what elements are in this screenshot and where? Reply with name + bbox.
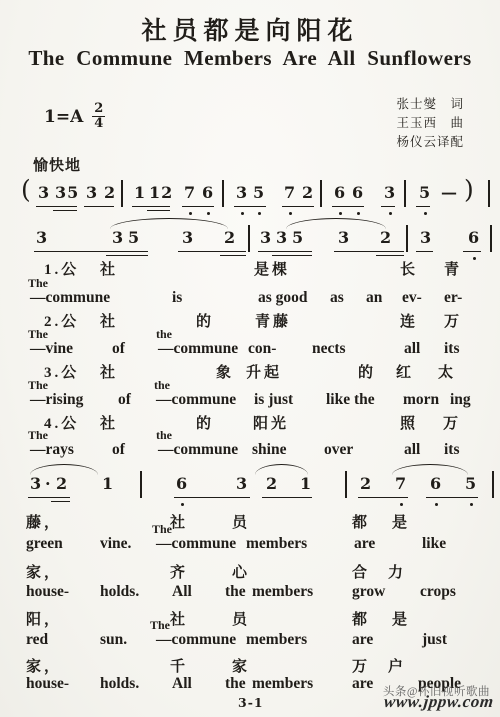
- lyric-syllable: the: [225, 583, 246, 601]
- lyric-row: 藤，社员都是: [0, 511, 500, 535]
- lyric-syllable: its: [444, 340, 460, 358]
- lyric-syllable: 社: [100, 412, 118, 433]
- lyric-syllable: 万: [444, 310, 462, 331]
- barline: [140, 471, 142, 498]
- lyric-syllable: grow: [352, 583, 385, 601]
- lyric-row: house-holds.Allthemembersgrowcrops: [0, 583, 500, 607]
- lyric-syllable: holds.: [100, 583, 139, 601]
- barline: [404, 180, 406, 207]
- watermark-url-text: www.jppw.com: [383, 692, 495, 712]
- lyric-syllable: 是: [392, 511, 410, 532]
- low-octave-dot: [389, 212, 392, 215]
- lyric-row: 3.公社象升起的红太: [0, 361, 500, 385]
- time-signature-denominator: 4: [94, 117, 103, 131]
- lyric-syllable: —commune: [30, 289, 110, 307]
- note: 2: [56, 476, 68, 492]
- low-octave-dot: [435, 503, 438, 506]
- lyric-syllable: 长: [400, 258, 418, 279]
- lyric-syllable: members: [252, 583, 313, 601]
- page-title-english: The Commune Members Are All Sunflowers: [0, 46, 500, 71]
- lyric-row: 1.公社是棵长青: [0, 258, 500, 282]
- key-signature: 1=A: [44, 107, 83, 127]
- beam-line: [376, 251, 404, 256]
- lyric-syllable: of: [118, 391, 131, 409]
- lyric-syllable: members: [246, 631, 307, 649]
- lyric-syllable: 都: [352, 511, 370, 532]
- lyric-syllable: —commune: [158, 441, 238, 459]
- lyric-syllable: 红: [396, 361, 414, 382]
- watermark: 头条@怀旧视听歌曲 www.jppw.com: [338, 682, 498, 714]
- lyric-syllable: 社: [100, 310, 118, 331]
- note: 6: [468, 230, 480, 246]
- lyric-syllable: 户: [388, 655, 406, 676]
- lyric-syllable: 1.公: [44, 258, 79, 279]
- note: (: [21, 177, 31, 202]
- lyric-syllable: 千: [170, 655, 188, 676]
- low-octave-dot: [207, 212, 210, 215]
- note: 7: [395, 476, 407, 492]
- key-and-time-signature: 1=A 2 4: [44, 102, 105, 132]
- beam-line: [147, 206, 170, 211]
- lyric-syllable: as good: [258, 289, 308, 307]
- lyric-syllable: All: [172, 675, 192, 693]
- note: 2: [360, 476, 372, 492]
- beam-line: [358, 497, 408, 498]
- lyric-syllable: shine: [252, 441, 286, 459]
- beam-line: [234, 206, 266, 207]
- lyric-syllable: 家，: [26, 561, 62, 582]
- lyric-row: greenvine.The—communemembersarelike: [0, 535, 500, 559]
- lyric-syllable: 是棵: [254, 258, 290, 279]
- beam-line: [262, 497, 312, 498]
- note: 1: [134, 185, 146, 201]
- beam-line: [51, 497, 70, 502]
- note: 3: [236, 185, 248, 201]
- lyric-syllable: 阳，: [26, 608, 62, 629]
- page-title-chinese: 社员都是向阳花: [0, 11, 500, 47]
- time-signature-numerator: 2: [92, 102, 105, 117]
- lyric-syllable: 社: [170, 608, 188, 629]
- lyric-syllable: —vine: [30, 340, 73, 358]
- beam-line: [106, 251, 148, 256]
- lyric-syllable: crops: [420, 583, 456, 601]
- beam-line: [463, 251, 481, 252]
- beam-line: [381, 206, 395, 207]
- low-octave-dot: [424, 212, 427, 215]
- note: 2: [302, 185, 314, 201]
- lyric-syllable: —commune: [158, 340, 238, 358]
- note: 7: [284, 185, 296, 201]
- note: ): [464, 177, 474, 202]
- lyric-syllable: er-: [444, 289, 462, 307]
- beam-line: [332, 206, 364, 207]
- note: 2: [104, 185, 116, 201]
- barline: [488, 180, 490, 207]
- lyric-syllable: —commune: [156, 391, 236, 409]
- note: 7: [184, 185, 196, 201]
- note: 5: [419, 185, 431, 201]
- note: 5: [253, 185, 265, 201]
- lyric-syllable: con-: [248, 340, 276, 358]
- note: 35: [55, 185, 79, 201]
- beam-line: [220, 251, 246, 256]
- lyric-syllable: 青: [444, 258, 462, 279]
- lyric-syllable: All: [172, 583, 192, 601]
- credit-line: 王玉西 曲: [396, 114, 464, 133]
- barline: [406, 225, 408, 252]
- low-octave-dot: [470, 503, 473, 506]
- barline: [490, 225, 492, 252]
- note: 2: [380, 230, 392, 246]
- low-octave-dot: [241, 212, 244, 215]
- credit-line: 张士燮 词: [396, 95, 464, 114]
- low-octave-dot: [339, 212, 342, 215]
- lyric-syllable: 升起: [246, 361, 282, 382]
- lyric-syllable: of: [112, 441, 125, 459]
- lyric-syllable: is just: [254, 391, 293, 409]
- barline: [121, 180, 123, 207]
- lyric-syllable: house-: [26, 583, 69, 601]
- lyric-syllable: all: [404, 441, 420, 459]
- note: 3: [276, 230, 288, 246]
- lyric-syllable: like: [422, 535, 446, 553]
- lyric-syllable: —rays: [30, 441, 74, 459]
- lyric-syllable: vine.: [100, 535, 131, 553]
- music-system-3: 3·2163212765: [0, 464, 500, 516]
- lyric-syllable: 3.公: [44, 361, 79, 382]
- tempo-marking: 愉快地: [33, 154, 81, 175]
- lyric-row: The—raysofthe—communeshineoverallits: [0, 441, 500, 465]
- note: 3: [86, 185, 98, 201]
- low-octave-dot: [181, 503, 184, 506]
- lyric-syllable: nects: [312, 340, 346, 358]
- lyric-row: 阳，社员都是: [0, 608, 500, 632]
- beam-line: [272, 251, 312, 256]
- page-number: 3-1: [238, 695, 264, 710]
- lyric-syllable: 社: [170, 511, 188, 532]
- note: 3: [38, 185, 50, 201]
- beam-line: [53, 206, 77, 211]
- note: 3: [420, 230, 432, 246]
- lyric-syllable: are: [352, 631, 373, 649]
- lyric-syllable: 力: [388, 561, 406, 582]
- lyric-syllable: 员: [232, 511, 250, 532]
- barline: [320, 180, 322, 207]
- note: 3: [384, 185, 396, 201]
- lyric-syllable: 齐: [170, 561, 188, 582]
- lyric-syllable: are: [354, 535, 375, 553]
- lyric-syllable: members: [246, 535, 307, 553]
- lyric-syllable: —commune: [156, 631, 236, 649]
- lyric-syllable: house-: [26, 675, 69, 693]
- low-octave-dot: [258, 212, 261, 215]
- lyric-syllable: 合: [352, 561, 370, 582]
- score-page: 社员都是向阳花 The Commune Members Are All Sunf…: [0, 0, 500, 717]
- lyric-syllable: over: [324, 441, 353, 459]
- note: 6: [352, 185, 364, 201]
- note: 6: [202, 185, 214, 201]
- lyric-syllable: ev-: [402, 289, 422, 307]
- note: 2: [224, 230, 236, 246]
- beam-line: [282, 206, 314, 207]
- note: 3: [36, 230, 48, 246]
- lyric-syllable: ing: [450, 391, 471, 409]
- beam-line: [84, 206, 114, 207]
- note: 2: [266, 476, 278, 492]
- lyric-syllable: 社: [100, 361, 118, 382]
- note: ·: [45, 476, 52, 492]
- lyric-row: 4.公社的阳光照万: [0, 412, 500, 436]
- lyric-row: redsun.The—communemembersarejust: [0, 631, 500, 655]
- lyric-syllable: as: [330, 289, 344, 307]
- barline: [248, 225, 250, 252]
- note: 3: [260, 230, 272, 246]
- note: 1: [102, 476, 114, 492]
- lyric-syllable: morn: [403, 391, 439, 409]
- lyric-syllable: 的: [196, 310, 214, 331]
- note: 3: [182, 230, 194, 246]
- low-octave-dot: [189, 212, 192, 215]
- note: 5: [292, 230, 304, 246]
- lyric-syllable: red: [26, 631, 48, 649]
- lyric-syllable: of: [112, 340, 125, 358]
- lyric-syllable: like the: [326, 391, 375, 409]
- lyric-syllable: the: [225, 675, 246, 693]
- note: —: [441, 185, 458, 201]
- lyric-syllable: 是: [392, 608, 410, 629]
- lyric-row: 家，齐心合力: [0, 561, 500, 585]
- note: 5: [128, 230, 140, 246]
- lyric-syllable: green: [26, 535, 63, 553]
- lyric-syllable: 家，: [26, 655, 62, 676]
- lyric-syllable: an: [366, 289, 382, 307]
- credits-block: 张士燮 词王玉西 曲杨仪云译配: [396, 95, 464, 151]
- lyric-syllable: sun.: [100, 631, 127, 649]
- lyric-syllable: is: [172, 289, 182, 307]
- lyric-syllable: 万: [443, 412, 461, 433]
- note: 3: [112, 230, 124, 246]
- beam-line: [416, 206, 430, 207]
- lyric-syllable: 家: [232, 655, 250, 676]
- lyric-syllable: its: [444, 441, 460, 459]
- note: 5: [465, 476, 477, 492]
- note: 1: [300, 476, 312, 492]
- lyric-syllable: 连: [400, 310, 418, 331]
- barline: [222, 180, 224, 207]
- low-octave-dot: [289, 212, 292, 215]
- lyric-syllable: holds.: [100, 675, 139, 693]
- lyric-syllable: 社: [100, 258, 118, 279]
- lyric-row: 2.公社的青藤连万: [0, 310, 500, 334]
- time-signature: 2 4: [92, 102, 105, 132]
- lyric-syllable: —rising: [30, 391, 83, 409]
- note: 3: [338, 230, 350, 246]
- beam-line: [182, 206, 214, 207]
- note: 6: [334, 185, 346, 201]
- note: 12: [149, 185, 173, 201]
- low-octave-dot: [357, 212, 360, 215]
- lyric-syllable: members: [252, 675, 313, 693]
- lyric-syllable: 的: [196, 412, 214, 433]
- lyric-syllable: 藤，: [26, 511, 62, 532]
- lyric-syllable: 的: [358, 361, 376, 382]
- note: 3: [236, 476, 248, 492]
- lyric-syllable: 照: [400, 412, 418, 433]
- lyric-syllable: 万: [352, 655, 370, 676]
- lyric-syllable: —commune: [156, 535, 236, 553]
- note: 6: [176, 476, 188, 492]
- credit-line: 杨仪云译配: [396, 133, 464, 152]
- low-octave-dot: [400, 503, 403, 506]
- lyric-syllable: 4.公: [44, 412, 79, 433]
- beam-line: [174, 497, 250, 498]
- lyric-syllable: just: [422, 631, 447, 649]
- barline: [492, 471, 494, 498]
- lyric-syllable: all: [404, 340, 420, 358]
- lyric-syllable: 员: [232, 608, 250, 629]
- lyric-syllable: 青藤: [255, 310, 291, 331]
- beam-line: [426, 497, 478, 498]
- lyric-syllable: 太: [438, 361, 456, 382]
- lyric-syllable: 2.公: [44, 310, 79, 331]
- lyric-syllable: 都: [352, 608, 370, 629]
- lyric-syllable: 阳光: [253, 412, 289, 433]
- note: 3: [30, 476, 42, 492]
- barline: [345, 471, 347, 498]
- beam-line: [416, 251, 433, 252]
- note: 6: [430, 476, 442, 492]
- lyric-syllable: 心: [232, 561, 250, 582]
- lyric-syllable: 象: [216, 361, 234, 382]
